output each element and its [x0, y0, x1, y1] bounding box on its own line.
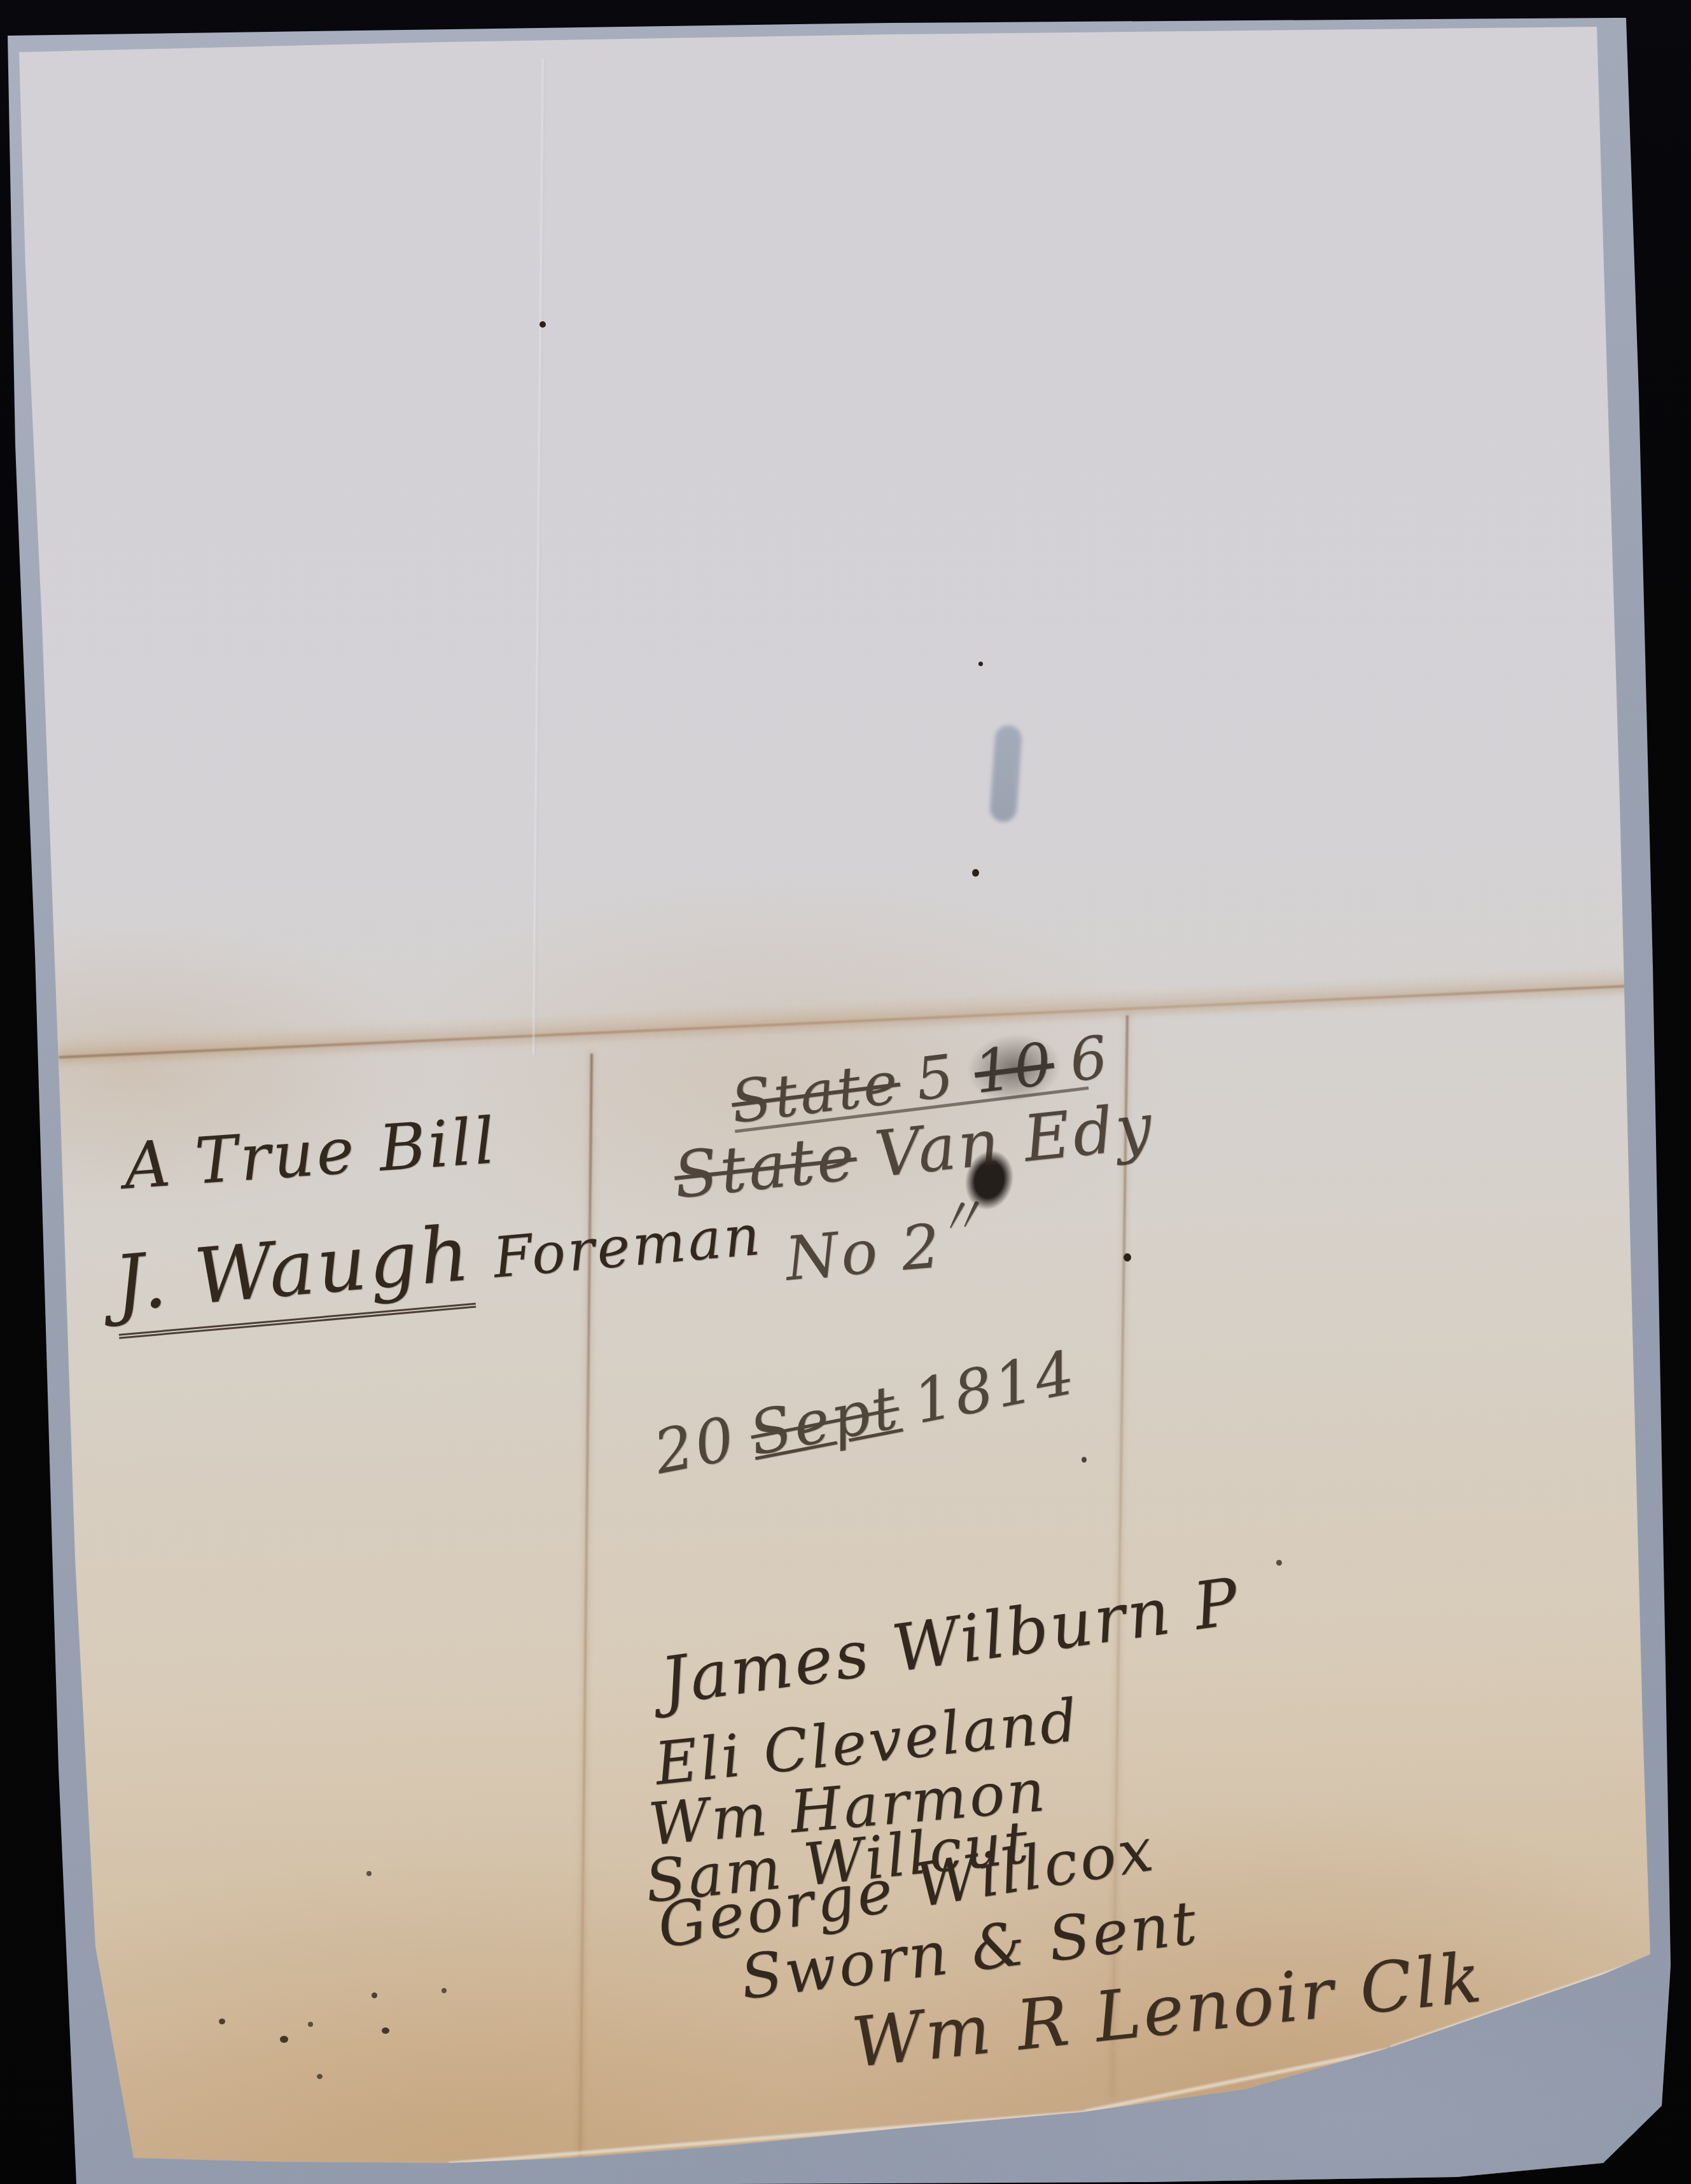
- foreman-signature: J. Waugh: [111, 1209, 476, 1339]
- fold-crease-stain-band: [59, 971, 1632, 1064]
- ink-speck: [382, 2028, 389, 2034]
- fold-crease-vertical-top: [532, 59, 544, 1055]
- photo-of-document: { "colors": { "background": "#060608", "…: [0, 0, 1691, 2184]
- struck-state: State: [671, 1120, 860, 1213]
- ink-speck: [1276, 1560, 1282, 1566]
- ink-speck: [366, 1871, 372, 1876]
- ink-speck: [317, 2074, 323, 2079]
- ink-speck: [219, 2019, 225, 2024]
- ink-speck: [372, 1993, 377, 1998]
- ink-speck: [539, 321, 546, 328]
- blue-pencil-smudge: [989, 725, 1023, 823]
- foreman-title: Foreman: [491, 1202, 765, 1291]
- ink-speck: [308, 2022, 313, 2027]
- date-year: 1814: [908, 1338, 1082, 1438]
- case-number-line: No 2: [783, 1211, 945, 1295]
- case-number-struck: 10: [963, 1029, 1066, 1108]
- ink-speck: [972, 869, 979, 877]
- date-month-struck: Sept: [744, 1372, 905, 1470]
- ink-speck: [978, 662, 983, 666]
- case-number-final: 6: [1066, 1022, 1113, 1095]
- ink-speck: [280, 2036, 288, 2043]
- foreman-line: J. WaughForeman: [111, 1184, 765, 1328]
- date-day: 20: [649, 1403, 743, 1488]
- fold-crease-horizontal: [59, 985, 1632, 1059]
- ink-speck: [442, 1988, 447, 1993]
- ink-speck: [1082, 1457, 1087, 1463]
- verdict-line: A True Bill: [122, 1103, 499, 1204]
- date-line: 20Sept1814: [649, 1338, 1083, 1488]
- ink-speck: [1124, 1253, 1131, 1262]
- witness-name: James Wilburn P: [657, 1564, 1246, 1720]
- document-paper: A True Bill J. WaughForeman State5106 〃 …: [0, 0, 1691, 2184]
- case-number-kept: 5: [912, 1041, 960, 1114]
